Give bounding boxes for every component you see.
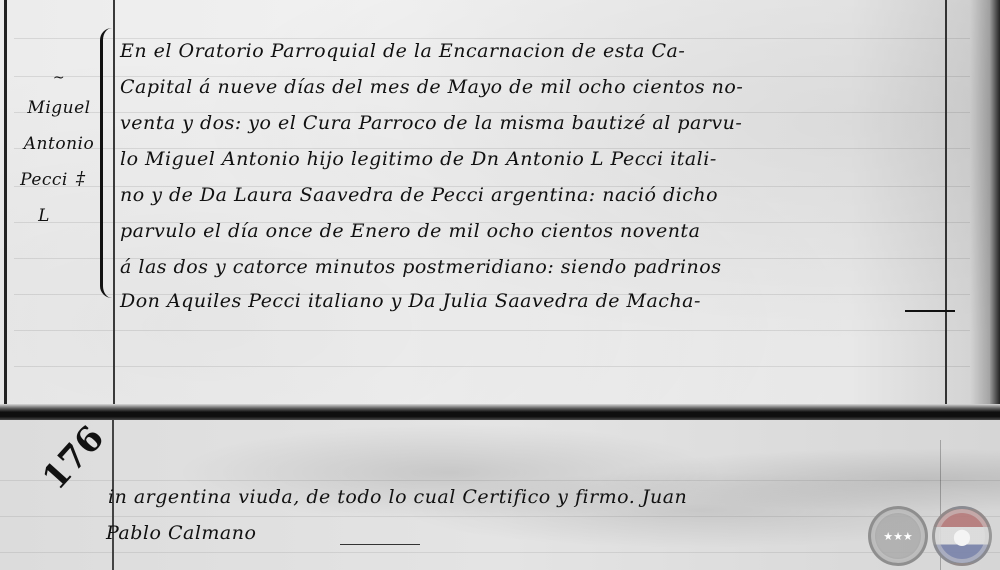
document-scan: ~ Miguel Antonio Pecci ‡ L En el Oratori… [0, 0, 1000, 570]
entry-line-7: á las dos y catorce minutos postmeridian… [120, 256, 722, 278]
brace-bracket [100, 28, 114, 298]
signature-underline [340, 544, 420, 545]
entry-line-2: Capital á nueve días del mes de Mayo de … [120, 76, 743, 98]
entry-line-8: Don Aquiles Pecci italiano y Da Julia Sa… [120, 290, 701, 312]
page-left-edge [4, 0, 7, 408]
right-margin-rule [945, 0, 947, 408]
page-shadow [990, 0, 1000, 408]
marginal-name-line-3: Pecci [14, 170, 74, 190]
cross-icon: ‡ [76, 168, 86, 189]
entry-line-3: venta y dos: yo el Cura Parroco de la mi… [120, 112, 742, 134]
marginal-name-line-2: Antonio [14, 134, 104, 154]
entry-line-5: no y de Da Laura Saavedra de Pecci argen… [120, 184, 718, 206]
line-end-flourish [905, 310, 955, 312]
marginal-name-line-4: L [14, 206, 74, 226]
lower-page: in argentina viuda, de todo lo cual Cert… [0, 420, 1000, 570]
marginal-name-line-1: Miguel [14, 98, 104, 118]
archive-seal-stars-icon: ★★★ [868, 506, 928, 566]
archive-seal-flag-icon: ⬤ [932, 506, 992, 566]
signature-line: Pablo Calmano [106, 522, 256, 544]
entry-line-4: lo Miguel Antonio hijo legitimo de Dn An… [120, 148, 717, 170]
continuation-line-1: in argentina viuda, de todo lo cual Cert… [108, 486, 687, 508]
marginal-mark: ~ [14, 70, 104, 86]
entry-line-1: En el Oratorio Parroquial de la Encarnac… [120, 40, 685, 62]
upper-page: ~ Miguel Antonio Pecci ‡ L En el Oratori… [0, 0, 1000, 408]
entry-line-6: parvulo el día once de Enero de mil ocho… [120, 220, 700, 242]
